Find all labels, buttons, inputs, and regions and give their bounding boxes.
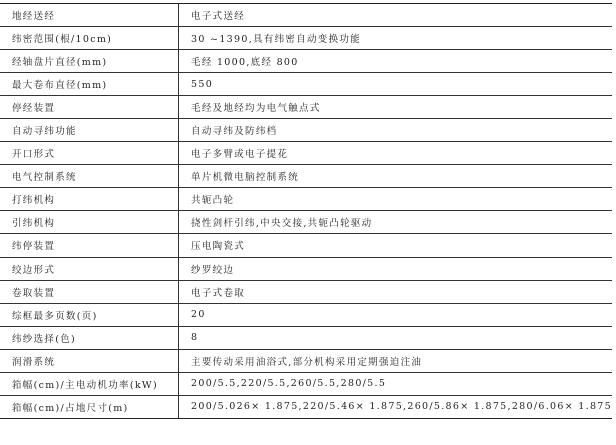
spec-label: 综框最多页数(页) (0, 303, 179, 326)
spec-label: 筘幅(cm)/占地尺寸(m) (0, 395, 179, 418)
spec-value: 200/5.5,220/5.5,260/5.5,280/5.5 (179, 372, 612, 395)
spec-label: 停经装置 (0, 96, 179, 119)
table-row: 停经装置毛经及地经均为电气触点式 (0, 96, 612, 119)
table-row: 纬密范围(根/10cm)30 ~1390,具有纬密自动变换功能 (0, 27, 612, 50)
spec-label: 绞边形式 (0, 257, 179, 280)
spec-value: 20 (179, 303, 612, 326)
spec-value: 自动寻纬及防纬档 (179, 119, 612, 142)
spec-label: 纬停装置 (0, 234, 179, 257)
spec-label: 润滑系统 (0, 349, 179, 372)
spec-label: 最大卷布直径(mm) (0, 73, 179, 96)
spec-value: 8 (179, 326, 612, 349)
spec-value: 30 ~1390,具有纬密自动变换功能 (179, 27, 612, 50)
spec-label: 筘幅(cm)/主电动机功率(kW) (0, 372, 179, 395)
table-row: 最大卷布直径(mm)550 (0, 73, 612, 96)
spec-value: 纱罗绞边 (179, 257, 612, 280)
spec-value: 电子多臂或电子提花 (179, 142, 612, 165)
table-row: 地经送经电子式送经 (0, 4, 612, 27)
table-row: 经轴盘片直径(mm)毛经 1000,底经 800 (0, 50, 612, 73)
spec-label: 开口形式 (0, 142, 179, 165)
table-row: 润滑系统主要传动采用油浴式,部分机构采用定期强迫注油 (0, 349, 612, 372)
table-row: 纬停装置压电陶瓷式 (0, 234, 612, 257)
spec-value: 单片机微电脑控制系统 (179, 165, 612, 188)
spec-value: 毛经 1000,底经 800 (179, 50, 612, 73)
spec-value: 200/5.026× 1.875,220/5.46× 1.875,260/5.8… (179, 395, 612, 418)
spec-value: 电子式卷取 (179, 280, 612, 303)
spec-value: 共轭凸轮 (179, 188, 612, 211)
spec-label: 经轴盘片直径(mm) (0, 50, 179, 73)
table-row: 纬纱选择(色)8 (0, 326, 612, 349)
spec-table: 地经送经电子式送经纬密范围(根/10cm)30 ~1390,具有纬密自动变换功能… (0, 3, 612, 419)
spec-value: 毛经及地经均为电气触点式 (179, 96, 612, 119)
table-row: 打纬机构共轭凸轮 (0, 188, 612, 211)
spec-label: 打纬机构 (0, 188, 179, 211)
spec-value: 550 (179, 73, 612, 96)
spec-label: 卷取装置 (0, 280, 179, 303)
table-row: 综框最多页数(页)20 (0, 303, 612, 326)
table-row: 绞边形式纱罗绞边 (0, 257, 612, 280)
table-row: 卷取装置电子式卷取 (0, 280, 612, 303)
table-row: 筘幅(cm)/主电动机功率(kW)200/5.5,220/5.5,260/5.5… (0, 372, 612, 395)
spec-label: 引纬机构 (0, 211, 179, 234)
table-row: 自动寻纬功能自动寻纬及防纬档 (0, 119, 612, 142)
spec-label: 纬纱选择(色) (0, 326, 179, 349)
spec-label: 自动寻纬功能 (0, 119, 179, 142)
spec-table-body: 地经送经电子式送经纬密范围(根/10cm)30 ~1390,具有纬密自动变换功能… (0, 4, 612, 419)
spec-value: 主要传动采用油浴式,部分机构采用定期强迫注油 (179, 349, 612, 372)
table-row: 开口形式电子多臂或电子提花 (0, 142, 612, 165)
table-row: 筘幅(cm)/占地尺寸(m)200/5.026× 1.875,220/5.46×… (0, 395, 612, 418)
spec-value: 电子式送经 (179, 4, 612, 27)
spec-value: 压电陶瓷式 (179, 234, 612, 257)
table-row: 电气控制系统单片机微电脑控制系统 (0, 165, 612, 188)
spec-label: 电气控制系统 (0, 165, 179, 188)
spec-value: 挠性剑杆引纬,中央交接,共轭凸轮驱动 (179, 211, 612, 234)
spec-label: 地经送经 (0, 4, 179, 27)
spec-label: 纬密范围(根/10cm) (0, 27, 179, 50)
table-row: 引纬机构挠性剑杆引纬,中央交接,共轭凸轮驱动 (0, 211, 612, 234)
